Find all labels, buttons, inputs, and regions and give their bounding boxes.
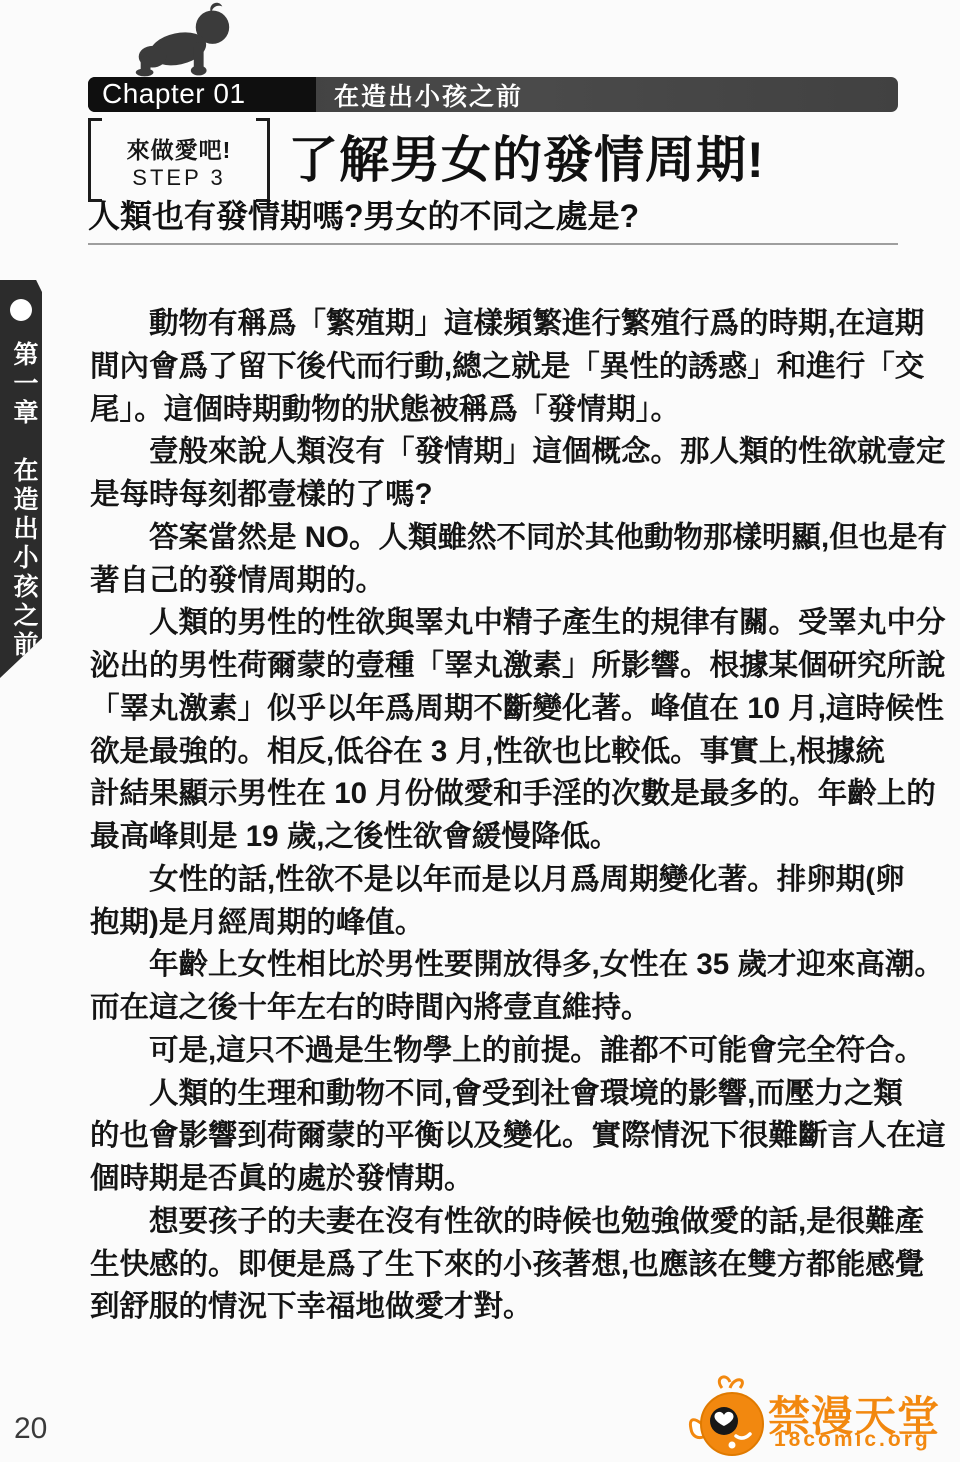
body-text-line: 個時期是否眞的處於發情期。 bbox=[90, 1158, 904, 1201]
step-number: STEP 3 bbox=[88, 165, 270, 191]
body-text-line: 壹般來說人類沒有「發情期」這個概念。那人類的性欲就壹定 bbox=[90, 431, 904, 474]
body-text-line: 想要孩子的夫妻在沒有性欲的時候也勉強做愛的話,是很難產 bbox=[90, 1201, 904, 1244]
crawling-baby-icon bbox=[122, 0, 240, 78]
body-text-line: 的也會影響到荷爾蒙的平衡以及變化。實際情況下很難斷言人在這 bbox=[90, 1115, 904, 1158]
divider-line bbox=[88, 243, 898, 245]
body-text-line: 最高峰則是 19 歲,之後性欲會緩慢降低。 bbox=[90, 816, 904, 859]
body-text-line: 欲是最強的。相反,低谷在 3 月,性欲也比較低。事實上,根據統 bbox=[90, 731, 904, 774]
orange-mascot-icon bbox=[688, 1374, 768, 1460]
body-text-line: 尾」。這個時期動物的狀態被稱爲「發情期」。 bbox=[90, 389, 904, 432]
body-text-line: 人類的男性的性欲與睪丸中精子產生的規律有關。受睪丸中分 bbox=[90, 602, 904, 645]
body-text-line: 到舒服的情況下幸福地做愛才對。 bbox=[90, 1286, 904, 1329]
body-text-line: 間內會爲了留下後代而行動,總之就是「異性的誘惑」和進行「交 bbox=[90, 346, 904, 389]
chapter-title: 在造出小孩之前 bbox=[334, 77, 523, 113]
book-page: Chapter 01 在造出小孩之前 來做愛吧! STEP 3 了解男女的發情周… bbox=[0, 0, 960, 1462]
body-text-line: 是每時每刻都壹樣的了嗎? bbox=[90, 474, 904, 517]
sidebar-chapter-label: 第一章 在造出小孩之前 bbox=[0, 335, 42, 665]
sidebar-chapter-tab: 第一章 在造出小孩之前 bbox=[0, 280, 42, 678]
step-tagline: 來做愛吧! bbox=[88, 132, 270, 165]
body-text-line: 抱期)是月經周期的峰值。 bbox=[90, 902, 904, 945]
chapter-header-bar: Chapter 01 在造出小孩之前 bbox=[88, 77, 898, 112]
body-text-line: 著自己的發情周期的。 bbox=[90, 560, 904, 603]
page-number: 20 bbox=[14, 1412, 47, 1446]
site-watermark: 禁漫天堂 18comic.org bbox=[688, 1372, 948, 1462]
body-text-line: 動物有稱爲「繁殖期」這樣頻繁進行繁殖行爲的時期,在這期 bbox=[90, 303, 904, 346]
sidebar-dot-icon bbox=[10, 299, 32, 321]
body-text-line: 答案當然是 NO。人類雖然不同於其他動物那樣明顯,但也是有 bbox=[90, 517, 904, 560]
body-text-line: 人類的生理和動物不同,會受到社會環境的影響,而壓力之類 bbox=[90, 1073, 904, 1116]
body-text-line: 而在這之後十年左右的時間內將壹直維持。 bbox=[90, 987, 904, 1030]
body-text-line: 「睪丸激素」似乎以年爲周期不斷變化著。峰值在 10 月,這時候性 bbox=[90, 688, 904, 731]
body-text-line: 年齡上女性相比於男性要開放得多,女性在 35 歲才迎來高潮。 bbox=[90, 944, 904, 987]
page-title: 了解男女的發情周期! bbox=[288, 120, 908, 192]
body-text-line: 計結果顯示男性在 10 月份做愛和手淫的次數是最多的。年齡上的 bbox=[90, 773, 904, 816]
body-text: 動物有稱爲「繁殖期」這樣頻繁進行繁殖行爲的時期,在這期間內會爲了留下後代而行動,… bbox=[90, 303, 904, 1329]
watermark-site-url: 18comic.org bbox=[774, 1428, 931, 1452]
body-text-line: 泌出的男性荷爾蒙的壹種「睪丸激素」所影響。根據某個研究所說 bbox=[90, 645, 904, 688]
page-subtitle: 人類也有發情期嗎?男女的不同之處是? bbox=[88, 191, 898, 237]
chapter-number-label: Chapter 01 bbox=[88, 77, 316, 112]
body-text-line: 女性的話,性欲不是以年而是以月爲周期變化著。排卵期(卵 bbox=[90, 859, 904, 902]
body-text-line: 生快感的。即便是爲了生下來的小孩著想,也應該在雙方都能感覺 bbox=[90, 1244, 904, 1287]
body-text-line: 可是,這只不過是生物學上的前提。誰都不可能會完全符合。 bbox=[90, 1030, 904, 1073]
step-box: 來做愛吧! STEP 3 bbox=[88, 118, 270, 202]
